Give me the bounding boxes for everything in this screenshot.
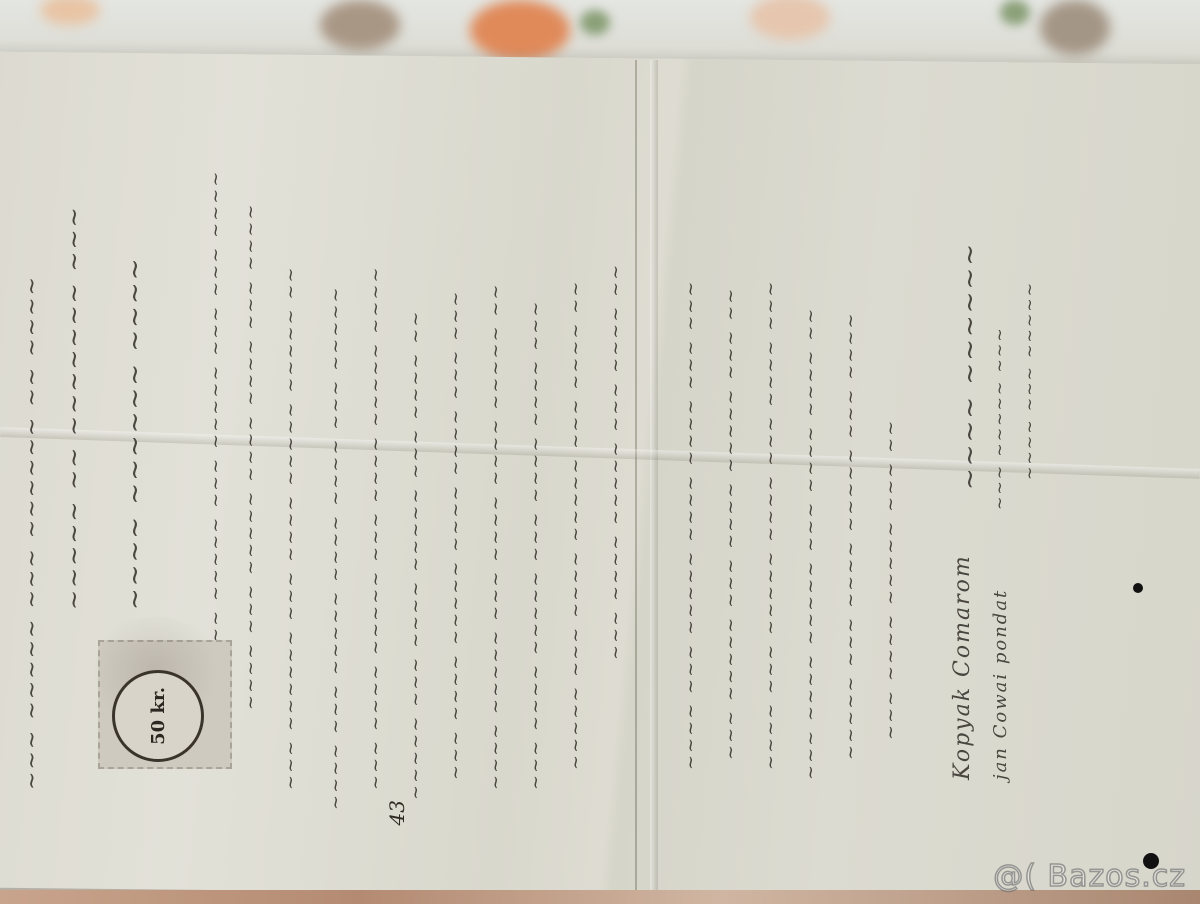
page-number: 43 (385, 800, 409, 825)
handwriting-line: ~~~~~ ~~~ ~~~~ ~~~~~ ~~~ ~~~~ ~~ (405, 160, 426, 800)
revenue-stamp: 50 kr. (98, 640, 232, 769)
handwriting-line: ~~~~~ ~~~ ~~~~ ~~~~~ ~~~ ~~~~ (840, 180, 861, 760)
handwriting-line: ~~~~ ~~~ ~~~~~ (1020, 220, 1039, 480)
handwriting-line: ~~~~ ~~~ ~~~~~ ~~~~ ~~~~ ~~~ ~~~~~ (325, 170, 346, 810)
punch-hole (1133, 583, 1143, 593)
handwriting-line: ~~~ ~~~~~ ~~~ (990, 270, 1009, 510)
handwriting-line: ~~~~ ~~~ ~~~~~ ~~~~ ~~~~ ~~~ ~~~ (680, 140, 701, 770)
peach-flower (40, 0, 100, 25)
handwriting-line: ~~~~ ~~~~~~ ~~~~ (120, 130, 150, 610)
green-leaf (1000, 0, 1030, 25)
bazos-watermark: @( Bazos.cz (993, 859, 1186, 894)
handwriting-line: ~~~ ~~~~~ ~~~ ~~~~~~ ~~ ~~~~ (20, 90, 45, 790)
vertical-fold (650, 60, 658, 900)
brown-flower (320, 0, 400, 50)
handwriting-line: ~~~ ~~~~ ~~~~~ ~~~ ~~~~ ~~ (605, 140, 626, 660)
handwriting-line: ~~~ ~~~~ ~~~~~ ~~~~ ~~~~ ~~~ ~~~ (445, 130, 466, 780)
handwriting-line: ~~~ ~~~~~~ ~~~ ~~~~ ~~~~~ ~~~~~ ~~ (280, 130, 301, 790)
handwriting-line: ~~~ ~~~~ ~~~~~ ~~~ ~~~~ ~~~~ ~~ (800, 180, 821, 780)
signature-line-2: jan Cowai pondat (990, 590, 1011, 780)
brown-flower (1040, 0, 1110, 55)
handwriting-line: ~~~~ ~~~ ~~~~~ ~~~~ ~~~ ~~~~ ~~~ (760, 150, 781, 770)
stamp-value: 50 kr. (148, 687, 169, 745)
handwriting-line: ~~~~~ ~~~ ~~~~ ~~~~~ ~~~ ~~~~ ~~ (565, 130, 586, 770)
handwriting-line: ~~~ ~~~~ ~~~~~ ~~~ ~~ (880, 280, 901, 740)
page-fold-edge (635, 60, 637, 890)
signature-line-1: Kopyak Comarom (950, 560, 975, 780)
orange-flower (470, 0, 570, 60)
stamp-emblem: 50 kr. (112, 670, 204, 762)
green-leaf (580, 10, 610, 35)
handwriting-line: ~~~ ~~~~~ ~~~ ~~~~ ~~~~~ ~~~ ~~ (720, 160, 741, 760)
handwriting-line: ~~~ ~~~~~ ~~~ ~~~~~ ~~~ ~~~ ~~~~ (205, 180, 226, 660)
handwriting-line: ~~~ ~~~~ ~~~~~ ~~~ ~~~~ ~~~~~ ~~~~ (365, 130, 386, 790)
handwriting-line: ~~~ ~~~~ ~~~~~ ~~~ ~~~~ ~~~~ ~~~ (525, 150, 546, 790)
handwriting-line: ~~~~~ ~~ ~~~~~~~ ~~~ (60, 90, 88, 610)
handwriting-line: ~~~~ ~~~ ~~~~~ ~~~~ ~~~~ ~~~ ~~~~ (240, 150, 261, 710)
handwriting-line: ~~~~ ~~~~~ ~~~ ~~~~ ~~~~ ~~~~~ ~~ (485, 150, 506, 790)
handwriting-signature: ~~~~ ~~~~~~ (955, 240, 985, 490)
faded-flower (750, 0, 830, 40)
